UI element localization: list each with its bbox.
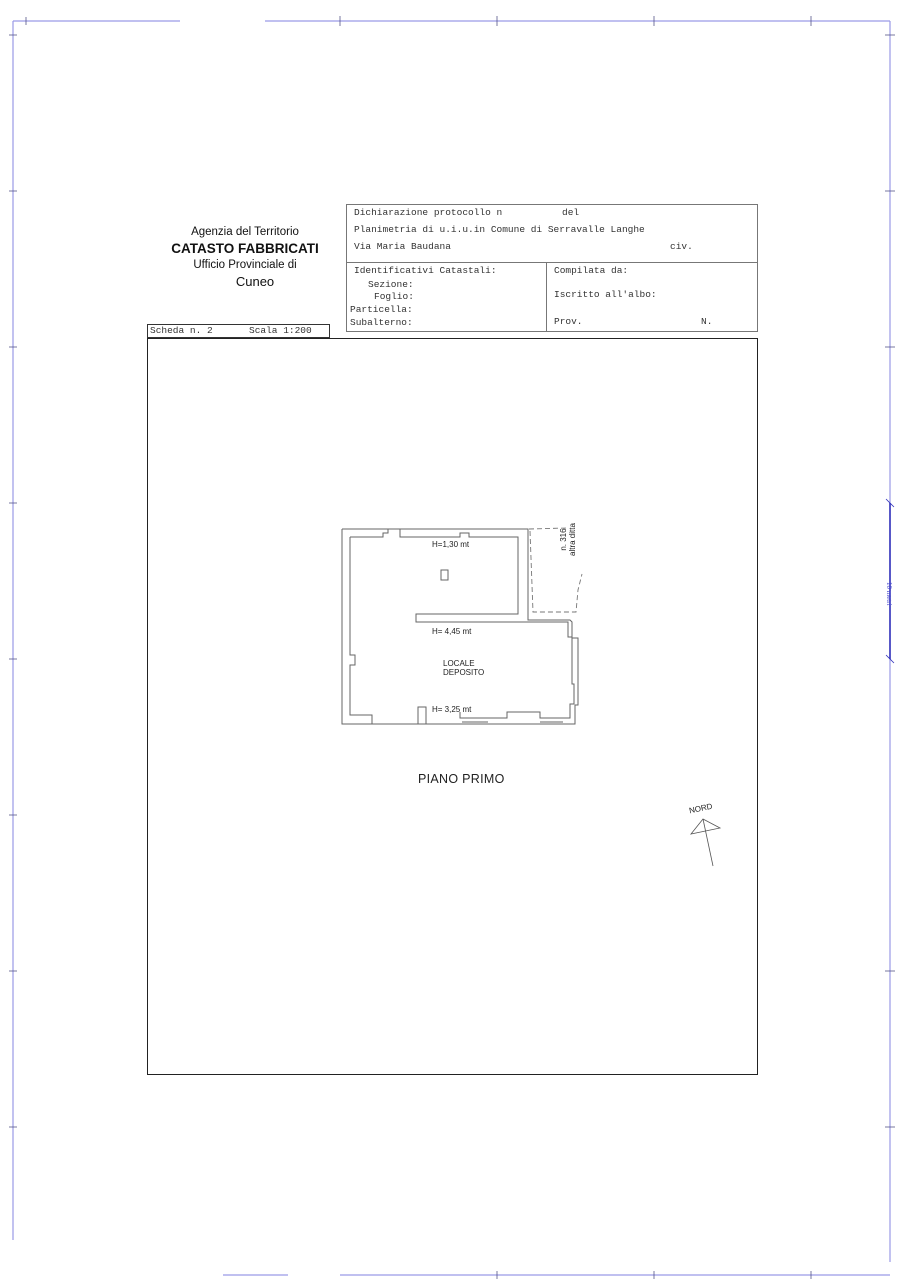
neighbor-parcel: n. 316 <box>559 523 568 556</box>
floor-title: PIANO PRIMO <box>418 772 505 786</box>
height-top-label: H=1,30 mt <box>432 540 469 549</box>
room-label: LOCALE DEPOSITO <box>443 659 484 677</box>
north-arrow <box>691 819 720 866</box>
neighbor-owner: altra ditta <box>568 523 577 556</box>
neighbor-label: n. 316 altra ditta <box>559 523 577 556</box>
height-bottom-label: H= 3,25 mt <box>432 705 471 714</box>
room-label-line2: DEPOSITO <box>443 668 484 677</box>
floor-plan <box>0 0 915 1280</box>
room-label-line1: LOCALE <box>443 659 484 668</box>
height-mid-label: H= 4,45 mt <box>432 627 471 636</box>
